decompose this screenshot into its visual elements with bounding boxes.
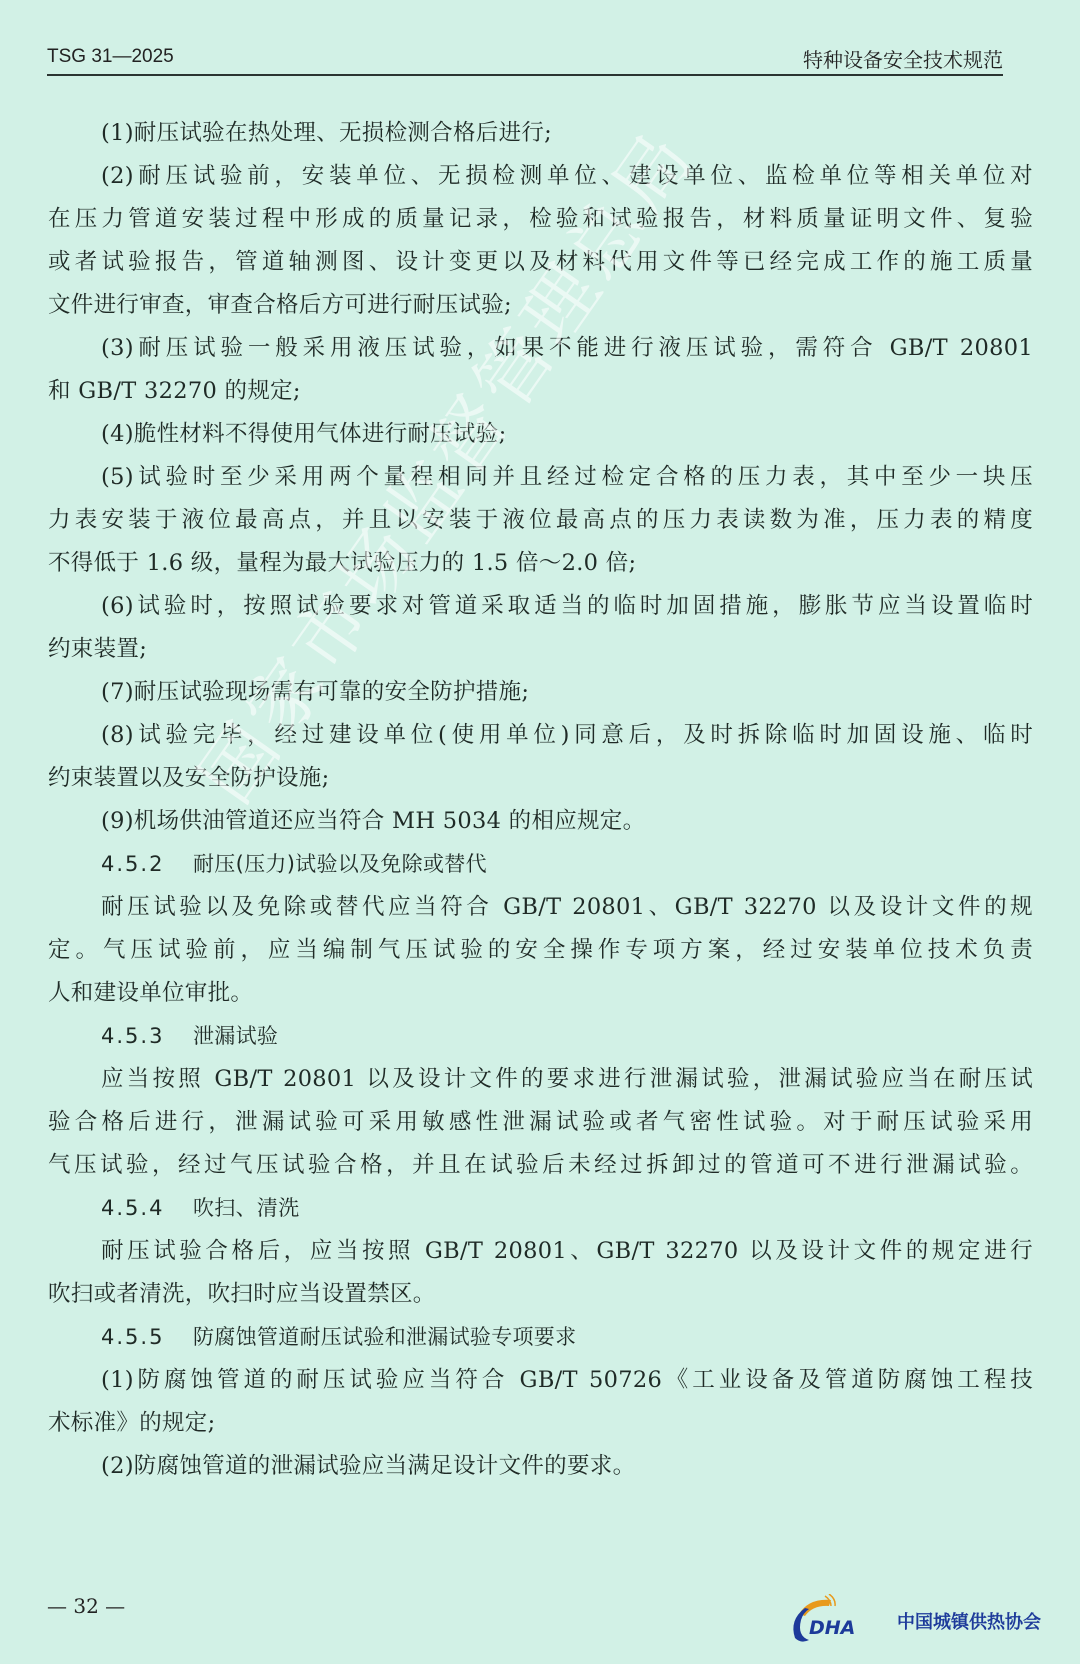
section-heading: 4.5.3泄漏试验 [48, 1015, 1033, 1058]
paragraph-line: (6)试验时，按照试验要求对管道采取适当的临时加固措施，膨胀节应当设置临时 [48, 585, 1033, 628]
paragraph-line: 文件进行审查，审查合格后方可进行耐压试验; [48, 284, 1033, 327]
section-heading: 4.5.5防腐蚀管道耐压试验和泄漏试验专项要求 [48, 1316, 1033, 1359]
series-title: 特种设备安全技术规范 [803, 44, 1003, 73]
cdha-logo-icon: DHA [785, 1594, 895, 1644]
paragraph-line: (5)试验时至少采用两个量程相同并且经过检定合格的压力表，其中至少一块压 [48, 456, 1033, 499]
section-number: 4.5.5 [101, 1316, 193, 1359]
svg-text:DHA: DHA [809, 1617, 855, 1639]
paragraph-line: 耐压试验合格后，应当按照 GB/T 20801、GB/T 32270 以及设计文… [48, 1230, 1033, 1273]
section-number: 4.5.4 [101, 1187, 193, 1230]
paragraph-line: 人和建设单位审批。 [48, 972, 1033, 1015]
paragraph-line: 耐压试验以及免除或替代应当符合 GB/T 20801、GB/T 32270 以及… [48, 886, 1033, 929]
publisher-name: 中国城镇供热协会 [897, 1608, 1041, 1634]
section-title: 耐压(压力)试验以及免除或替代 [193, 852, 487, 876]
publisher-logo: DHA 中国城镇供热协会 [785, 1594, 1055, 1644]
paragraph-line: 应当按照 GB/T 20801 以及设计文件的要求进行泄漏试验，泄漏试验应当在耐… [48, 1058, 1033, 1101]
paragraph-line: 吹扫或者清洗，吹扫时应当设置禁区。 [48, 1273, 1033, 1316]
document-body: (1)耐压试验在热处理、无损检测合格后进行;(2)耐压试验前，安装单位、无损检测… [48, 112, 1033, 1488]
paragraph-line: 在压力管道安装过程中形成的质量记录，检验和试验报告，材料质量证明文件、复验 [48, 198, 1033, 241]
paragraph-line: 术标准》的规定; [48, 1402, 1033, 1445]
paragraph-line: 气压试验，经过气压试验合格，并且在试验后未经过拆卸过的管道可不进行泄漏试验。 [48, 1144, 1033, 1187]
paragraph-line: (3)耐压试验一般采用液压试验，如果不能进行液压试验，需符合 GB/T 2080… [48, 327, 1033, 370]
paragraph-line: (1)防腐蚀管道的耐压试验应当符合 GB/T 50726《工业设备及管道防腐蚀工… [48, 1359, 1033, 1402]
paragraph-line: (8)试验完毕，经过建设单位(使用单位)同意后，及时拆除临时加固设施、临时 [48, 714, 1033, 757]
section-heading: 4.5.2耐压(压力)试验以及免除或替代 [48, 843, 1033, 886]
section-title: 泄漏试验 [193, 1024, 278, 1048]
paragraph-line: 力表安装于液位最高点，并且以安装于液位最高点的压力表读数为准，压力表的精度 [48, 499, 1033, 542]
paragraph-line: (7)耐压试验现场需有可靠的安全防护措施; [48, 671, 1033, 714]
section-number: 4.5.3 [101, 1015, 193, 1058]
paragraph-line: 和 GB/T 32270 的规定; [48, 370, 1033, 413]
paragraph-line: (1)耐压试验在热处理、无损检测合格后进行; [48, 112, 1033, 155]
subsections: 4.5.2耐压(压力)试验以及免除或替代耐压试验以及免除或替代应当符合 GB/T… [48, 843, 1033, 1488]
page-number: — 32 — [47, 1594, 125, 1618]
list-items-4-5-1: (1)耐压试验在热处理、无损检测合格后进行;(2)耐压试验前，安装单位、无损检测… [48, 112, 1033, 843]
paragraph-line: (4)脆性材料不得使用气体进行耐压试验; [48, 413, 1033, 456]
section-title: 吹扫、清洗 [193, 1196, 300, 1220]
paragraph-line: 验合格后进行，泄漏试验可采用敏感性泄漏试验或者气密性试验。对于耐压试验采用 [48, 1101, 1033, 1144]
section-number: 4.5.2 [101, 843, 193, 886]
paragraph-line: 不得低于 1.6 级，量程为最大试验压力的 1.5 倍～2.0 倍; [48, 542, 1033, 585]
paragraph-line: 定。气压试验前，应当编制气压试验的安全操作专项方案，经过安装单位技术负责 [48, 929, 1033, 972]
paragraph-line: (2)耐压试验前，安装单位、无损检测单位、建设单位、监检单位等相关单位对 [48, 155, 1033, 198]
page-header: TSG 31—2025 特种设备安全技术规范 [47, 40, 1003, 76]
section-heading: 4.5.4吹扫、清洗 [48, 1187, 1033, 1230]
paragraph-line: (2)防腐蚀管道的泄漏试验应当满足设计文件的要求。 [48, 1445, 1033, 1488]
paragraph-line: (9)机场供油管道还应当符合 MH 5034 的相应规定。 [48, 800, 1033, 843]
paragraph-line: 约束装置; [48, 628, 1033, 671]
paragraph-line: 或者试验报告，管道轴测图、设计变更以及材料代用文件等已经完成工作的施工质量 [48, 241, 1033, 284]
standard-code: TSG 31—2025 [47, 46, 174, 68]
section-title: 防腐蚀管道耐压试验和泄漏试验专项要求 [193, 1325, 576, 1349]
paragraph-line: 约束装置以及安全防护设施; [48, 757, 1033, 800]
